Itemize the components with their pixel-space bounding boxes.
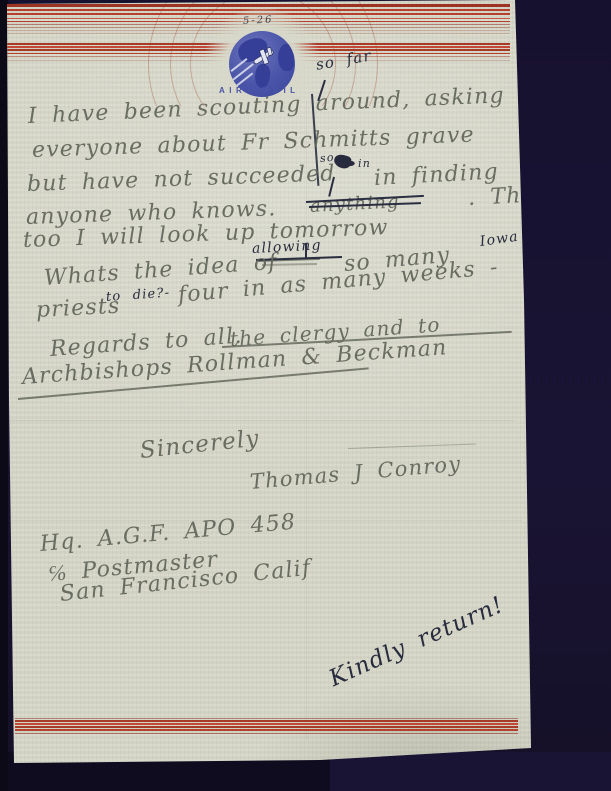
ink-insertion-to-die: to die?- [105,286,170,305]
ink-blot [333,153,353,170]
top-margin-note: 5-26 [243,14,274,27]
signature-name: Thomas J Conroy [249,452,462,494]
handwriting-line-4b: . That [467,182,546,211]
ink-insertion-iowa: Iowa [479,229,520,250]
continent-east [278,44,294,71]
ink-note-kindly-return: Kindly return! [325,592,508,692]
signature-closing: Sincerely [139,426,261,464]
red-stripes-bottom [15,718,518,734]
paper-crease [10,420,515,421]
letter-paper: AIR MAIL 5-26 so far I have been scoutin… [0,0,611,791]
scan-background-left [0,0,8,791]
handwriting-line-3a: but have not succeeded [27,161,336,197]
ink-insertion-so: so [319,151,335,165]
ink-insertion-in: in [358,157,371,170]
scanned-letter-scene: AIR MAIL 5-26 so far I have been scoutin… [0,0,611,791]
handwriting-line-2: everyone about Fr Schmitts grave [32,123,476,163]
paper-crease [306,100,307,740]
pencil-flourish [348,444,476,449]
